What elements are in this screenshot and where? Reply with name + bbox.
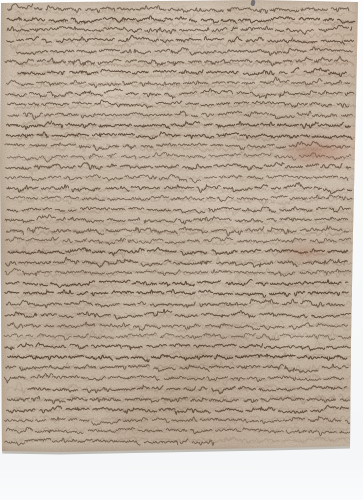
- letter-paper: [0, 0, 363, 456]
- scanned-letter: [0, 0, 363, 500]
- paper-texture: [0, 0, 363, 456]
